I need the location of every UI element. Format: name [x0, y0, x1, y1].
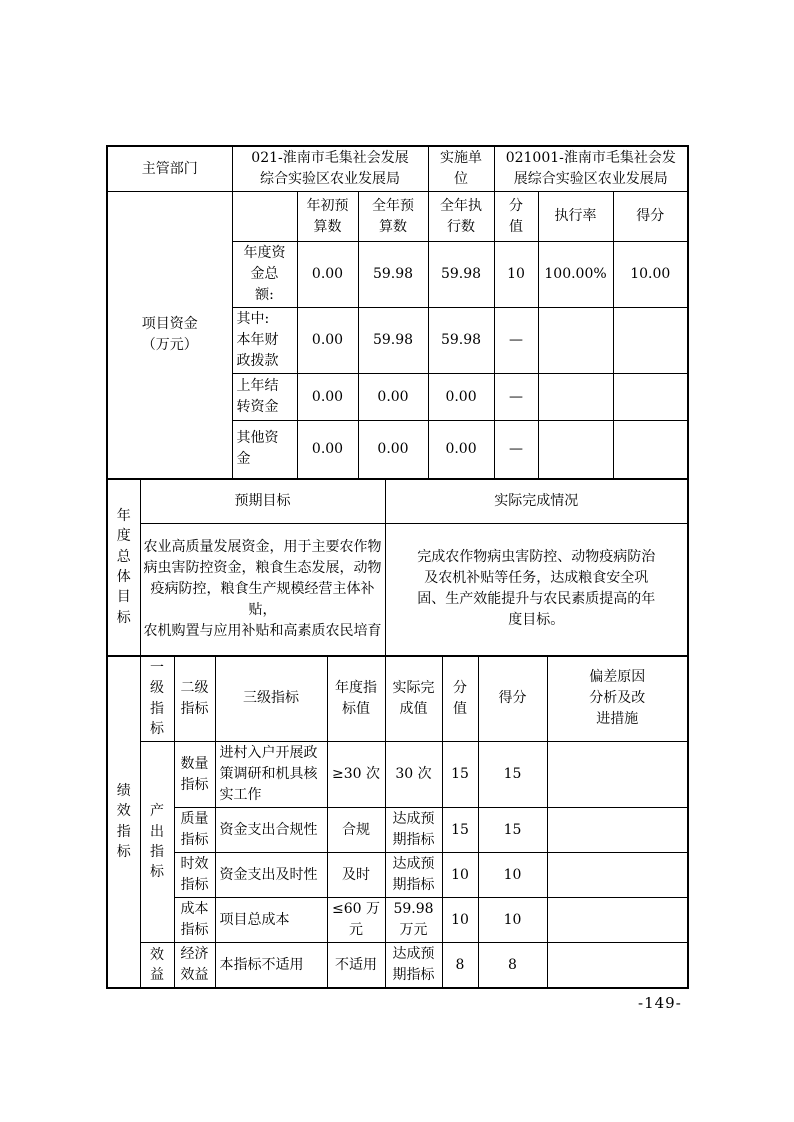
annual-goal-section-label-text: 年度总体目标	[117, 506, 131, 628]
funds-cell-annual-execution: 0.00	[428, 374, 494, 421]
funds-cell-initial-budget: 0.00	[297, 308, 358, 374]
perf-cell-points: 10	[442, 898, 478, 943]
actual-completion-text-cell: 完成农作物病虫害防控、动物疫病防治 及农机补贴等任务，达成粮食安全巩 固、生产效…	[385, 524, 688, 656]
perf-cell-actual: 30 次	[385, 742, 442, 808]
perf-col-level1-text: 一级指标	[150, 658, 164, 739]
funds-cell-execution-rate	[538, 308, 613, 374]
perf-cell-points: 15	[442, 808, 478, 853]
funds-row-label: 年度资 金总 额:	[232, 242, 297, 308]
supervisor-label-cell: 主管部门	[107, 146, 232, 192]
perf-cell-deviation	[547, 853, 688, 898]
perf-cell-actual: 达成预 期指标	[385, 853, 442, 898]
perf-cell-actual: 达成预 期指标	[385, 808, 442, 853]
funds-table: 主管部门 021-淮南市毛集社会发展 综合实验区农业发展局 实施单 位 0210…	[106, 145, 689, 480]
funds-cell-initial-budget: 0.00	[297, 374, 358, 421]
perf-cell-points: 8	[442, 943, 478, 989]
perf-col-actual-value: 实际完 成值	[385, 656, 442, 742]
perf-cell-score: 10	[478, 853, 547, 898]
funds-row-label: 上年结 转资金	[232, 374, 297, 421]
funds-col-annual-execution: 全年执 行数	[428, 192, 494, 242]
performance-table: 绩效指标 一级指标 二级 指标 三级指标 年度指 标值 实际完 成值 分值 得分…	[106, 655, 689, 990]
perf-cell-deviation	[547, 808, 688, 853]
funds-row-label: 其他资 金	[232, 421, 297, 479]
funds-cell-annual-budget: 59.98	[358, 242, 428, 308]
funds-cell-points: 10	[494, 242, 538, 308]
perf-col-target-value: 年度指 标值	[327, 656, 385, 742]
funds-col-annual-budget: 全年预 算数	[358, 192, 428, 242]
perf-cell-score: 15	[478, 742, 547, 808]
perf-group-benefit-text: 效益	[150, 945, 164, 986]
report-table-area: 主管部门 021-淮南市毛集社会发展 综合实验区农业发展局 实施单 位 0210…	[106, 145, 688, 989]
perf-cell-level2: 成本 指标	[174, 898, 215, 943]
funds-col-points: 分值	[494, 192, 538, 242]
perf-col-level2: 二级 指标	[174, 656, 215, 742]
funds-cell-annual-budget: 0.00	[358, 374, 428, 421]
perf-col-deviation: 偏差原因 分析及改 进措施	[547, 656, 688, 742]
funds-cell-annual-execution: 59.98	[428, 308, 494, 374]
perf-col-score: 得分	[478, 656, 547, 742]
funds-cell-score	[613, 308, 688, 374]
perf-col-level1: 一级指标	[140, 656, 174, 742]
perf-cell-score: 15	[478, 808, 547, 853]
funds-cell-annual-budget: 59.98	[358, 308, 428, 374]
perf-group-output-text: 产出指标	[150, 801, 164, 882]
perf-cell-deviation	[547, 742, 688, 808]
funds-cell-points: —	[494, 374, 538, 421]
perf-cell-level2: 经济 效益	[174, 943, 215, 989]
implementer-value-cell: 021001-淮南市毛集社会发 展综合实验区农业发展局	[494, 146, 688, 192]
page-number: -149-	[638, 994, 682, 1012]
implementer-label-cell: 实施单 位	[428, 146, 494, 192]
actual-completion-header-cell: 实际完成情况	[385, 479, 688, 524]
funds-cell-points: —	[494, 421, 538, 479]
perf-cell-target: 不适用	[327, 943, 385, 989]
perf-cell-target: ≥30 次	[327, 742, 385, 808]
perf-cell-deviation	[547, 943, 688, 989]
perf-col-level3: 三级指标	[215, 656, 327, 742]
annual-goal-section-label-cell: 年度总体目标	[107, 479, 140, 656]
funds-cell-initial-budget: 0.00	[297, 421, 358, 479]
funds-cell-score: 10.00	[613, 242, 688, 308]
funds-cell-points: —	[494, 308, 538, 374]
perf-col-points-text: 分值	[453, 678, 467, 719]
perf-cell-points: 10	[442, 853, 478, 898]
supervisor-value-cell: 021-淮南市毛集社会发展 综合实验区农业发展局	[232, 146, 428, 192]
funds-row-label: 其中: 本年财 政拨款	[232, 308, 297, 374]
perf-cell-level3: 资金支出及时性	[215, 853, 327, 898]
perf-cell-level3: 本指标不适用	[215, 943, 327, 989]
funds-section-label-cell: 项目资金 （万元）	[107, 192, 232, 479]
annual-goal-table: 年度总体目标 预期目标 实际完成情况 农业高质量发展资金，用于主要农作物 病虫害…	[106, 478, 689, 657]
perf-cell-target: ≤60 万 元	[327, 898, 385, 943]
perf-cell-points: 15	[442, 742, 478, 808]
perf-cell-deviation	[547, 898, 688, 943]
funds-col-execution-rate: 执行率	[538, 192, 613, 242]
funds-cell-execution-rate: 100.00%	[538, 242, 613, 308]
funds-cell-annual-budget: 0.00	[358, 421, 428, 479]
funds-cell-score	[613, 374, 688, 421]
expected-goal-text-cell: 农业高质量发展资金，用于主要农作物 病虫害防控资金，粮食生态发展，动物 疫病防控…	[140, 524, 385, 656]
perf-cell-actual: 达成预 期指标	[385, 943, 442, 989]
performance-section-label-text: 绩效指标	[117, 781, 131, 862]
funds-cell-annual-execution: 0.00	[428, 421, 494, 479]
perf-group-output-cell: 产出指标	[140, 742, 174, 943]
perf-cell-actual: 59.98 万元	[385, 898, 442, 943]
funds-cell-annual-execution: 59.98	[428, 242, 494, 308]
funds-cell-score	[613, 421, 688, 479]
perf-cell-level3: 进村入户开展政 策调研和机具核 实工作	[215, 742, 327, 808]
perf-cell-level2: 数量 指标	[174, 742, 215, 808]
perf-cell-score: 10	[478, 898, 547, 943]
perf-cell-score: 8	[478, 943, 547, 989]
perf-cell-level3: 资金支出合规性	[215, 808, 327, 853]
funds-sublabel-header-cell	[232, 192, 297, 242]
funds-cell-execution-rate	[538, 421, 613, 479]
performance-section-label-cell: 绩效指标	[107, 656, 140, 989]
funds-col-points-text: 分值	[509, 196, 523, 237]
perf-cell-target: 合规	[327, 808, 385, 853]
expected-goal-header-cell: 预期目标	[140, 479, 385, 524]
perf-cell-target: 及时	[327, 853, 385, 898]
perf-group-benefit-cell: 效益	[140, 943, 174, 989]
funds-cell-execution-rate	[538, 374, 613, 421]
perf-cell-level2: 质量 指标	[174, 808, 215, 853]
funds-cell-initial-budget: 0.00	[297, 242, 358, 308]
document-page: 主管部门 021-淮南市毛集社会发展 综合实验区农业发展局 实施单 位 0210…	[0, 0, 794, 1122]
perf-col-points: 分值	[442, 656, 478, 742]
funds-col-score: 得分	[613, 192, 688, 242]
perf-cell-level3: 项目总成本	[215, 898, 327, 943]
perf-cell-level2: 时效 指标	[174, 853, 215, 898]
funds-col-initial-budget: 年初预 算数	[297, 192, 358, 242]
